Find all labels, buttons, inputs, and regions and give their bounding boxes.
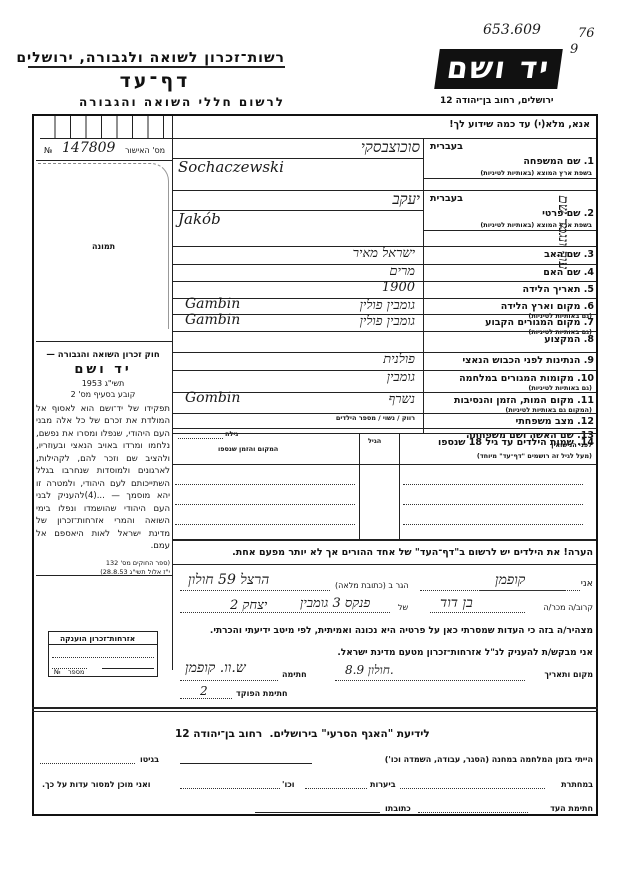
witness-signature-field[interactable] [418,812,528,813]
field-label: 5. תאריך הלידה [523,284,594,295]
footer-line1-b: בגיטו [140,755,159,764]
field-label-text: מקום המות, הזמן והנסיבות [454,395,574,406]
divider [102,668,154,669]
citizenship-number-label: מספר [68,668,84,676]
field-number: 3. [584,249,594,260]
corner-note-2: 9 [570,42,578,57]
children-label: 14. שמות הילדים עד גיל 18 שנספו [438,437,594,448]
etc-field[interactable] [180,788,280,789]
field-label-text: מקום וארץ הלידה [501,301,581,312]
field-value-hebrew[interactable]: גומבין פולין [270,313,415,329]
underground-field[interactable] [400,788,545,789]
place-date-label: מקום ותאריך [544,670,593,679]
instruction: אנא, מלא(י) עד כמה שידוע לך! [449,119,590,130]
field-label: 6. מקום וארץ הלידה [501,301,594,312]
footer-heading: לידיעת "האגף הסרעי" בירושלים. רחוב בן־יה… [175,728,430,740]
field-number: 6. [584,301,594,312]
divider [172,564,596,565]
field-number: 7. [584,317,594,328]
divider [172,331,596,332]
field-number: 14. [577,437,594,448]
child-row-3[interactable] [175,524,355,525]
children-sub: (מעל לגיל זה רושמים "דף־עד" מיוחד) [477,452,592,460]
field-label: 1. שם המשפחה [523,156,594,167]
field-value-latin[interactable]: Gambin [185,296,240,312]
form-title: דף־עד [110,70,200,92]
dotted-line [420,590,580,591]
field-value-hebrew[interactable]: יעקב [260,190,420,209]
law-clause: קובע בסעיף מס' 2 [36,389,170,401]
field-value-hebrew[interactable]: גומבין [270,369,415,385]
ghetto-field[interactable] [40,763,135,764]
citizenship-title: אזרחות־זכרון הוענקה [60,634,135,643]
certificate-ticks [40,116,172,139]
child-row-2-name[interactable] [403,504,583,505]
field-value-latin[interactable]: Sochaczewski [178,158,284,176]
of-label: של [398,603,408,612]
children-col-divider [359,433,360,539]
divider [32,711,598,712]
divider [423,178,596,179]
relation-label: קרוב/ה מכר/ה [543,603,593,612]
of-field[interactable] [180,612,390,613]
divider [48,644,158,645]
field-label: 8. המקצוע [544,334,594,345]
divider [32,707,598,709]
place-date-field[interactable] [335,680,525,681]
child-row-1[interactable] [175,484,355,485]
field-label-text: הנתינות לפני הכבוש הנאצי [462,355,580,366]
divider [172,539,596,541]
divider [36,575,172,576]
yad-vashem-logo: יד ושם [434,49,563,89]
field-value[interactable]: ישראל מאיר [260,245,415,261]
certificate-number[interactable]: 147809 [62,140,115,156]
child-row-3-name[interactable] [403,524,583,525]
field-value[interactable]: 1900 [260,280,415,295]
wife-age-field[interactable] [178,438,223,439]
children-age-header: הגיל [368,437,381,445]
witness-address-field[interactable] [255,812,380,813]
citizenship-field[interactable] [52,657,154,658]
field-sublabel: בשפת ארץ המוצא (באותיות לטיניות) [480,169,592,177]
note: הערה! את הילדים יש לרשום ב"דף־העד" של אח… [232,547,593,558]
field-label-text: מצב משפחתי [516,416,574,427]
address-field[interactable] [180,590,330,591]
title-underline [28,66,285,68]
wife-age-label: גילה [225,430,238,438]
form-subtitle: לרשום חללי השואה והגבורה [79,95,285,109]
child-row-1-name[interactable] [403,484,583,485]
witness-i-label: אני [581,578,593,589]
law-source-1: (ספר החוקים מס' 132 [36,559,170,568]
address: ירושלים, רחוב בן־יהודה 12 [440,96,554,106]
law-box: חוק זכרון השואה והגבורה — יד ושם תשי"ג 1… [36,350,170,577]
citizenship-no: № [54,668,61,676]
address-value[interactable]: הרצל 59 חולון [188,572,269,589]
request: אני מבקש/ת להעניק לנ"ל אזרחות־זכרון מטעם… [337,648,593,658]
signature-value[interactable]: ש.וו. קופמן [185,660,246,677]
label-column-divider [423,138,424,433]
field-value-hebrew[interactable]: נשרף [270,391,415,407]
relation-field[interactable] [430,612,525,613]
field-number: 1. [584,156,594,167]
field-value[interactable]: רווק / נשוי / מספר הילדים [205,414,415,422]
field-label: 10. מקומות המגורים במלחמה [459,373,594,384]
field-label: 7. מקום המגורים הקבוע [485,317,594,328]
signature-field[interactable] [180,680,278,681]
field-label-text: תאריך הלידה [523,284,581,295]
field-value-latin[interactable]: Gambin [185,312,240,328]
field-label: 9. הנתינות לפני הכבוש הנאצי [462,355,594,366]
footer-line1-a: הייתי בזמן המלחמה במחנה (הסגר, עבודה, הש… [385,755,593,764]
field-number: 5. [584,284,594,295]
field-number: 2. [584,208,594,219]
children-place-header: המקום והזמן שנספו [218,445,278,453]
archive-number: 653.609 [483,22,541,38]
field-value[interactable]: מרים [260,263,415,279]
field-label: 12. מצב משפחתי [516,416,594,427]
field-label-text: מקום המגורים הקבוע [485,317,580,328]
officer-label: חתימת הפוקד [236,689,287,698]
field-value-hebrew[interactable]: סוכוצבסקי [260,138,420,157]
field-sublabel: (גם באותיות לטיניות) [528,384,592,392]
law-year: תשי"ג 1953 [36,378,170,390]
field-number: 12. [577,416,594,427]
relation-value[interactable]: בן דוד [440,595,473,612]
footer-line3-b: כתובתו [385,804,411,813]
hebrew-tag: בעברית [430,141,463,152]
signature-label: חתימה [282,670,307,679]
footer-line2-d: ואני מוכן למסור עדות על כך. [42,780,151,789]
relation-extra[interactable]: יצחק 2 [230,597,267,613]
corner-note: 76 [578,26,595,41]
authority-title: רשות־זכרון לשואה ולגבורה, ירושלים [16,50,285,66]
declaration: מצהיר/ה בזה כי העדות שמסרתי כאן על פרטיה… [210,626,593,636]
divider [172,464,596,465]
field-value-latin[interactable]: Jakób [178,210,221,228]
law-name: יד ושם [36,362,170,378]
divider [36,341,172,342]
field-value-latin[interactable]: Gombin [185,390,240,406]
law-heading: חוק זכרון השואה והגבורה — [36,350,170,362]
of-value[interactable]: פנקס 3 גומבין [300,595,370,611]
certificate-no-label: № [44,146,52,155]
field-number: 11. [577,395,594,406]
footer-line2-a: במחתרת [561,780,593,789]
footer-line3-a: חתימת העד [550,804,593,813]
field-label: 11. מקום המות, הזמן והנסיבות [454,395,594,406]
footer-line2-c: וכו' [282,780,294,789]
hebrew-tag: בעברית [430,193,463,204]
forests-field[interactable] [305,788,367,789]
officer-value[interactable]: 2 [200,684,208,698]
field-label-text: שם המשפחה [523,156,580,167]
children-col-divider [399,433,400,539]
field-number: 10. [577,373,594,384]
divider [36,160,172,161]
field-number: 8. [584,334,594,345]
field-value-hebrew[interactable]: גומבין פולין [270,297,415,313]
field-number: 9. [584,355,594,366]
footer-line2-b: ביערות [370,780,396,789]
witness-name[interactable]: קופמן [495,572,525,589]
divider [172,428,596,429]
field-value[interactable]: פולנית [260,351,415,367]
children-label-text: שמות הילדים עד גיל 18 שנספו [438,437,574,448]
officer-field[interactable] [180,698,232,699]
camp-field[interactable] [180,763,312,764]
law-body: תפקידו של יד־ושם הוא לאסוף אל המולדת את … [36,403,170,553]
margin-note: עוף ונגמר שם [555,195,571,269]
photo-label: תמונה [92,242,115,251]
field-label-text: המקצוע [544,334,580,345]
column-divider-lower [172,280,173,670]
residing-label: הגר ב (כתובת מלאה) [335,581,409,590]
field-number: 4. [584,267,594,278]
field-sublabel: בשפת ארץ המוצא (באותיות לטיניות) [480,221,592,229]
certificate-label: מס' האישור [125,146,165,155]
divider [172,433,596,434]
field-label-text: מקומות המגורים במלחמה [459,373,574,384]
child-row-2[interactable] [175,504,355,505]
place-date-value[interactable]: חולון 8.9. [345,663,394,678]
